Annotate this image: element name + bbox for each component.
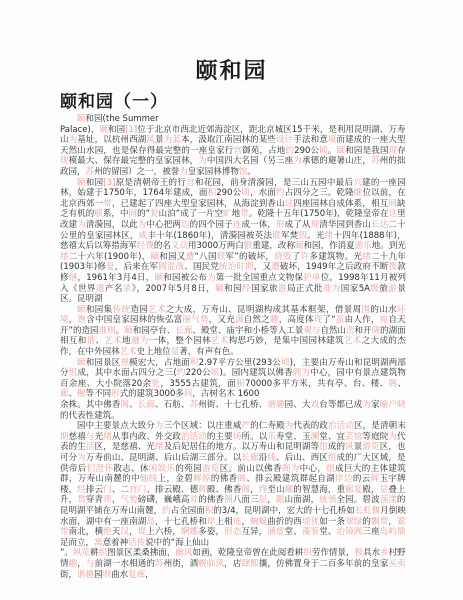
- document-title: 颐和园: [0, 59, 463, 85]
- reference-marker: [3]: [103, 178, 115, 188]
- section-heading: 颐和园（一）: [60, 92, 463, 112]
- document-body: 颐和园(the SummerPalace)，颐和园[1]位于北京市西北近郊海淀区…: [60, 114, 406, 580]
- paragraph: 颐和园景区规模宏大，占地面积2.97平方公里(293公顷)，主要由万寿山和昆明湖…: [60, 358, 406, 422]
- reference-marker: [1]: [125, 125, 137, 135]
- paragraph: 园中主要景点大致分为三个区域：以庄重威严的仁寿殿为代表的政治活动区，是清朝末期慈…: [60, 421, 406, 580]
- document-page: 颐和园 颐和园（一） 颐和园(the SummerPalace)，颐和园[1]位…: [0, 0, 463, 600]
- paragraph: 颐和园(the SummerPalace)，颐和园[1]位于北京市西北近郊海淀区…: [60, 114, 406, 178]
- paragraph: 颐和园[3]原是清朝帝王的行宫和花园，前身清漪园，是三山五园中最后兴建的一座园林…: [60, 178, 406, 305]
- paragraph: 颐和园集传统造园艺术之大成，万寿山、昆明湖构成其基本框架，借景周围的山水环境，饱…: [60, 305, 406, 358]
